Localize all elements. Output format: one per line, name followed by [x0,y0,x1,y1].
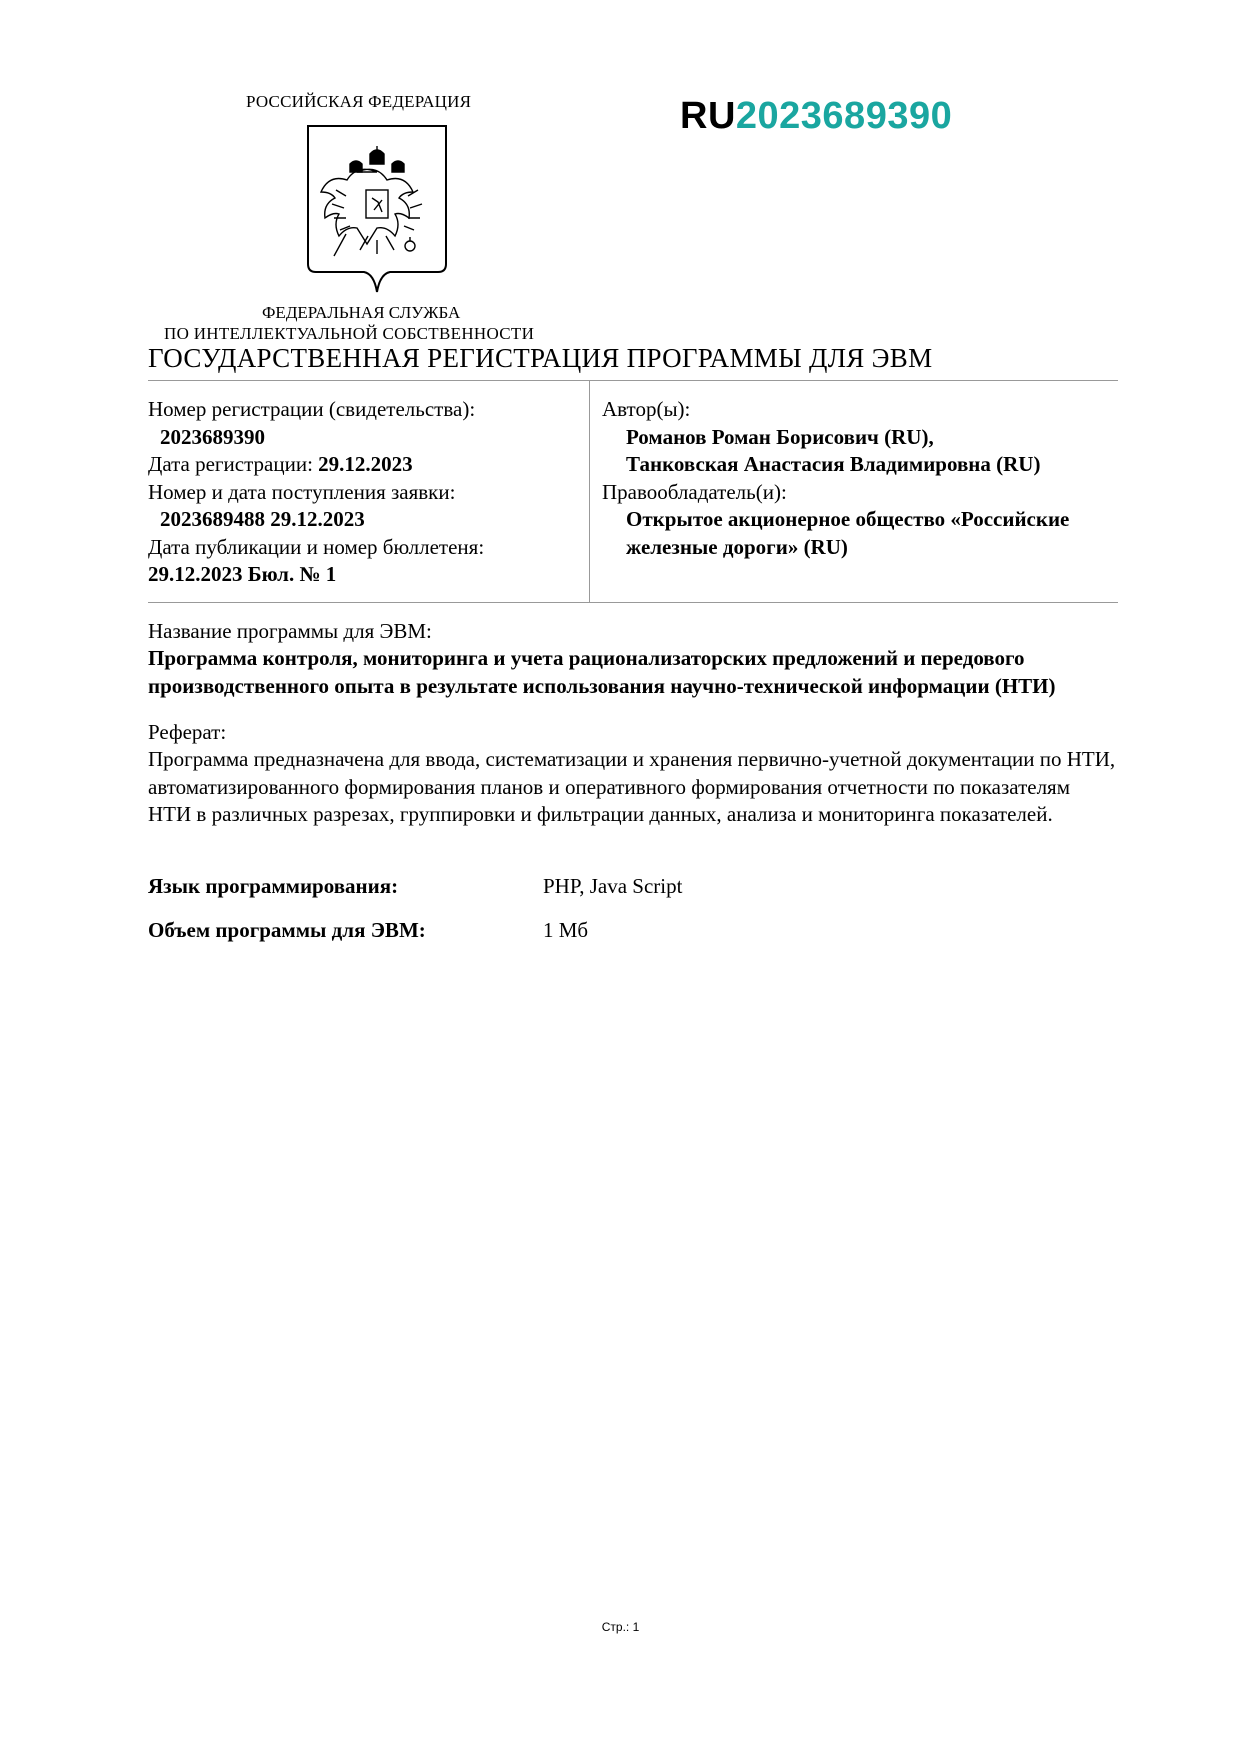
divider-bottom [148,602,1118,603]
page-title: ГОСУДАРСТВЕННАЯ РЕГИСТРАЦИЯ ПРОГРАММЫ ДЛ… [148,343,932,374]
abstract-text: Программа предназначена для ввода, систе… [148,746,1118,829]
document-number-value: 2023689390 [736,95,952,137]
country-name: РОССИЙСКАЯ ФЕДЕРАЦИЯ [246,92,471,112]
language-label: Язык программирования: [148,874,398,899]
author-item: Танковская Анастасия Владимировна (RU) [602,451,1117,479]
reg-date-value: 29.12.2023 [318,452,413,476]
size-label: Объем программы для ЭВМ: [148,918,426,943]
page-number: Стр.: 1 [0,1620,1241,1634]
registration-info: Номер регистрации (свидетельства): 20236… [148,396,578,589]
program-name-label: Название программы для ЭВМ: [148,618,1118,646]
abstract-label: Реферат: [148,719,1118,747]
author-item: Романов Роман Борисович (RU), [602,424,1117,452]
size-value: 1 Мб [543,918,588,943]
reg-date-row: Дата регистрации: 29.12.2023 [148,451,578,479]
holder-line: железные дороги» (RU) [602,534,1117,562]
application-label: Номер и дата поступления заявки: [148,479,578,507]
authors-label: Автор(ы): [602,396,1117,424]
program-name: Программа контроля, мониторинга и учета … [148,645,1118,700]
divider-top [148,380,1118,381]
holders-label: Правообладатель(и): [602,479,1117,507]
language-value: PHP, Java Script [543,874,682,899]
authors-holders-info: Автор(ы): Романов Роман Борисович (RU), … [602,396,1117,561]
publication-value: 29.12.2023 Бюл. № 1 [148,561,578,589]
reg-date-label: Дата регистрации: [148,452,313,476]
coat-of-arms-icon [306,124,448,294]
document-number: RU2023689390 [680,95,952,138]
divider-vertical [589,380,590,602]
document-number-prefix: RU [680,95,736,137]
holder-line: Открытое акционерное общество «Российски… [602,506,1117,534]
reg-number-label: Номер регистрации (свидетельства): [148,396,578,424]
reg-number-value: 2023689390 [148,424,578,452]
application-value: 2023689488 29.12.2023 [148,506,578,534]
agency-name-line2: ПО ИНТЕЛЛЕКТУАЛЬНОЙ СОБСТВЕННОСТИ [164,324,534,344]
publication-label: Дата публикации и номер бюллетеня: [148,534,578,562]
agency-name-line1: ФЕДЕРАЛЬНАЯ СЛУЖБА [262,303,460,323]
